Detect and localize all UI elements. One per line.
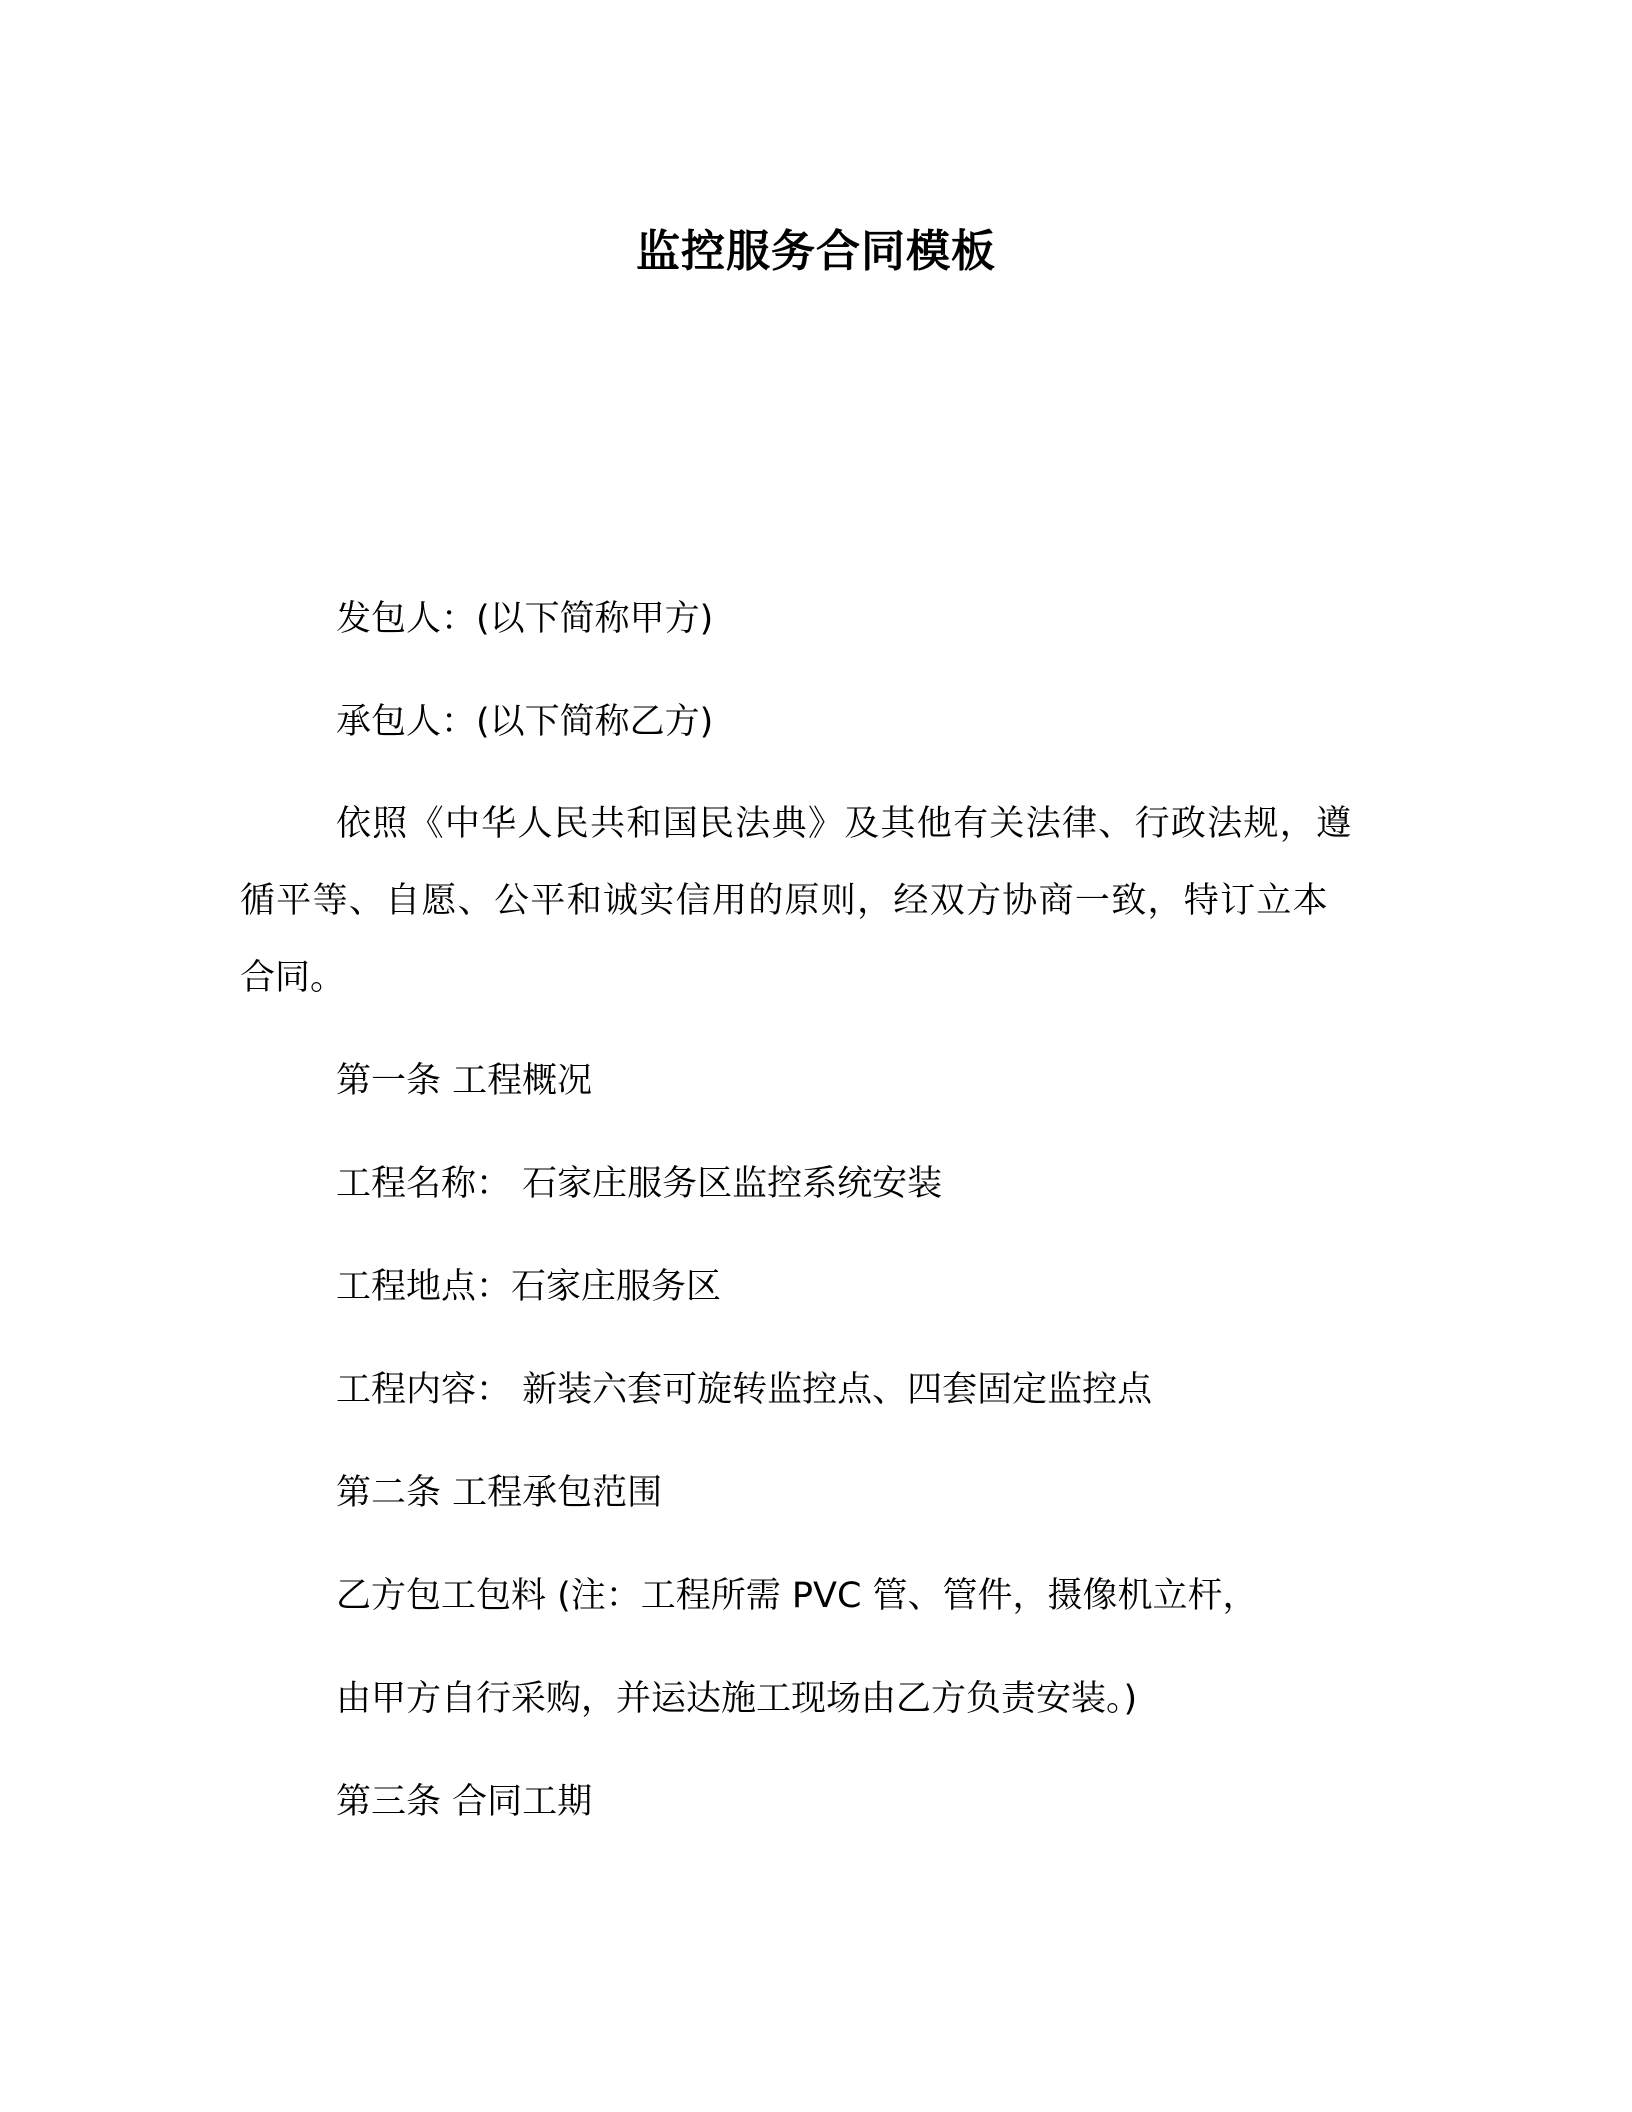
employer-line: 发包人：(以下简称甲方) xyxy=(336,595,713,643)
document-title: 监控服务合同模板 xyxy=(0,222,1632,282)
document-page: 监控服务合同模板 发包人：(以下简称甲方) 承包人：(以下简称乙方) 依照《中华… xyxy=(0,0,1632,2112)
project-content-line: 工程内容： 新装六套可旋转监控点、四套固定监控点 xyxy=(336,1366,1152,1414)
article-2-heading: 第二条 工程承包范围 xyxy=(336,1469,662,1517)
project-location-line: 工程地点：石家庄服务区 xyxy=(336,1263,721,1311)
scope-line-1: 乙方包工包料 (注：工程所需 PVC 管、管件，摄像机立杆， xyxy=(336,1572,1258,1620)
preamble-line-3: 合同。 xyxy=(240,954,345,1002)
preamble-line-2: 循平等、自愿、公平和诚实信用的原则，经双方协商一致，特订立本 xyxy=(240,877,1329,925)
scope-line-2: 由甲方自行采购，并运达施工现场由乙方负责安装。) xyxy=(336,1675,1137,1723)
preamble-line-1: 依照《中华人民共和国民法典》及其他有关法律、行政法规，遵 xyxy=(336,800,1352,848)
contractor-line: 承包人：(以下简称乙方) xyxy=(336,698,713,746)
project-name-line: 工程名称： 石家庄服务区监控系统安装 xyxy=(336,1160,942,1208)
article-1-heading: 第一条 工程概况 xyxy=(336,1057,592,1105)
article-3-heading: 第三条 合同工期 xyxy=(336,1778,592,1826)
